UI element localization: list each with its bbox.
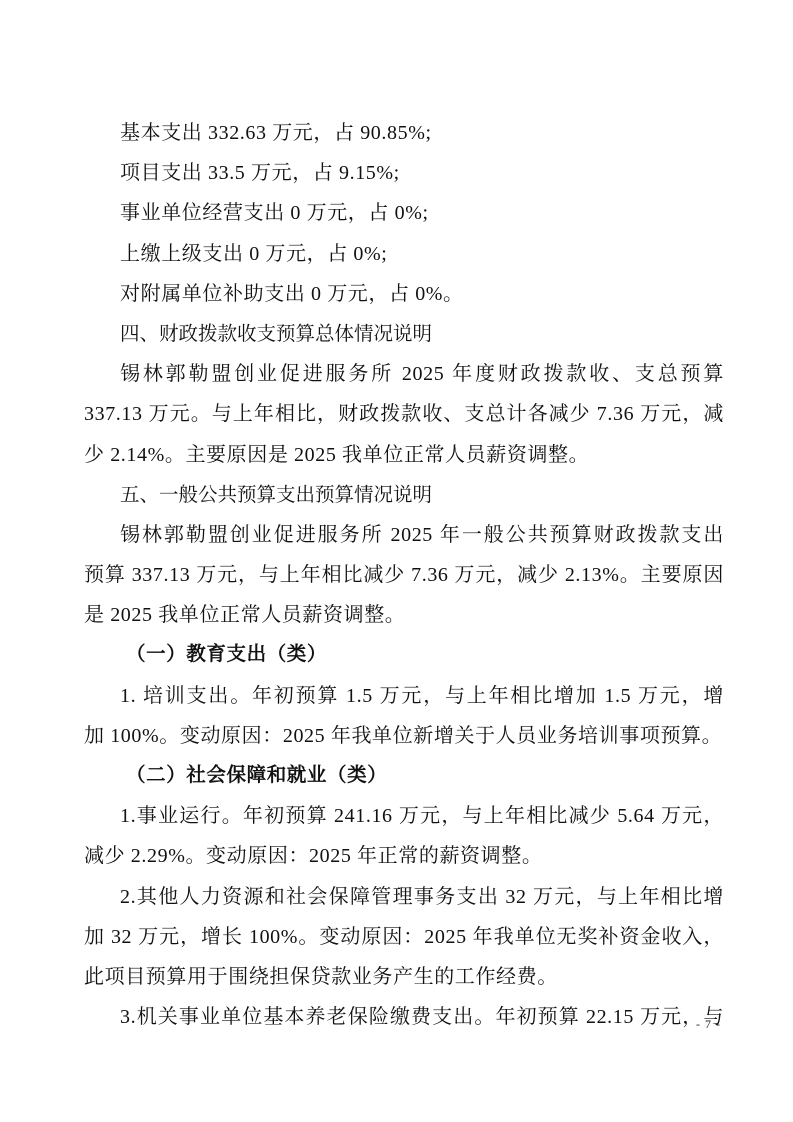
breakdown-business-operation: 事业单位经营支出 0 万元，占 0%; [84, 193, 724, 233]
section-4-paragraph-line: 337.13 万元。与上年相比，财政拨款收、支总计各减少 7.36 万元，减 [84, 394, 724, 434]
subsection-social-security-heading: （二）社会保障和就业（类） [84, 756, 724, 796]
social-security-item-3-line: 3.机关事业单位基本养老保险缴费支出。年初预算 22.15 万元，与 [84, 997, 724, 1037]
page-number: - 7 - [696, 1017, 721, 1032]
social-security-item-2-line: 此项目预算用于围绕担保贷款业务产生的工作经费。 [84, 957, 724, 997]
social-security-item-1-line: 减少 2.29%。变动原因：2025 年正常的薪资调整。 [84, 836, 724, 876]
breakdown-subsidiary-subsidy: 对附属单位补助支出 0 万元，占 0%。 [84, 274, 724, 314]
document-page: 基本支出 332.63 万元，占 90.85%; 项目支出 33.5 万元，占 … [84, 113, 724, 1037]
social-security-item-2-line: 2.其他人力资源和社会保障管理事务支出 32 万元，与上年相比增 [84, 877, 724, 917]
section-4-paragraph-line: 少 2.14%。主要原因是 2025 我单位正常人员薪资调整。 [84, 435, 724, 475]
section-4-paragraph-line: 锡林郭勒盟创业促进服务所 2025 年度财政拨款收、支总预算 [84, 354, 724, 394]
breakdown-remit-superior: 上缴上级支出 0 万元，占 0%; [84, 234, 724, 274]
breakdown-basic-expenditure: 基本支出 332.63 万元，占 90.85%; [84, 113, 724, 153]
section-5-heading: 五、一般公共预算支出预算情况说明 [84, 475, 724, 515]
section-5-paragraph-line: 预算 337.13 万元，与上年相比减少 7.36 万元，减少 2.13%。主要… [84, 555, 724, 595]
social-security-item-1-line: 1.事业运行。年初预算 241.16 万元，与上年相比减少 5.64 万元， [84, 796, 724, 836]
section-4-heading: 四、财政拨款收支预算总体情况说明 [84, 314, 724, 354]
section-5-paragraph-line: 锡林郭勒盟创业促进服务所 2025 年一般公共预算财政拨款支出 [84, 515, 724, 555]
education-item-line: 加 100%。变动原因：2025 年我单位新增关于人员业务培训事项预算。 [84, 716, 724, 756]
section-5-paragraph-line: 是 2025 我单位正常人员薪资调整。 [84, 595, 724, 635]
breakdown-project-expenditure: 项目支出 33.5 万元，占 9.15%; [84, 153, 724, 193]
social-security-item-2-line: 加 32 万元，增长 100%。变动原因：2025 年我单位无奖补资金收入， [84, 917, 724, 957]
subsection-education-heading: （一）教育支出（类） [84, 635, 724, 675]
education-item-line: 1. 培训支出。年初预算 1.5 万元，与上年相比增加 1.5 万元，增 [84, 676, 724, 716]
